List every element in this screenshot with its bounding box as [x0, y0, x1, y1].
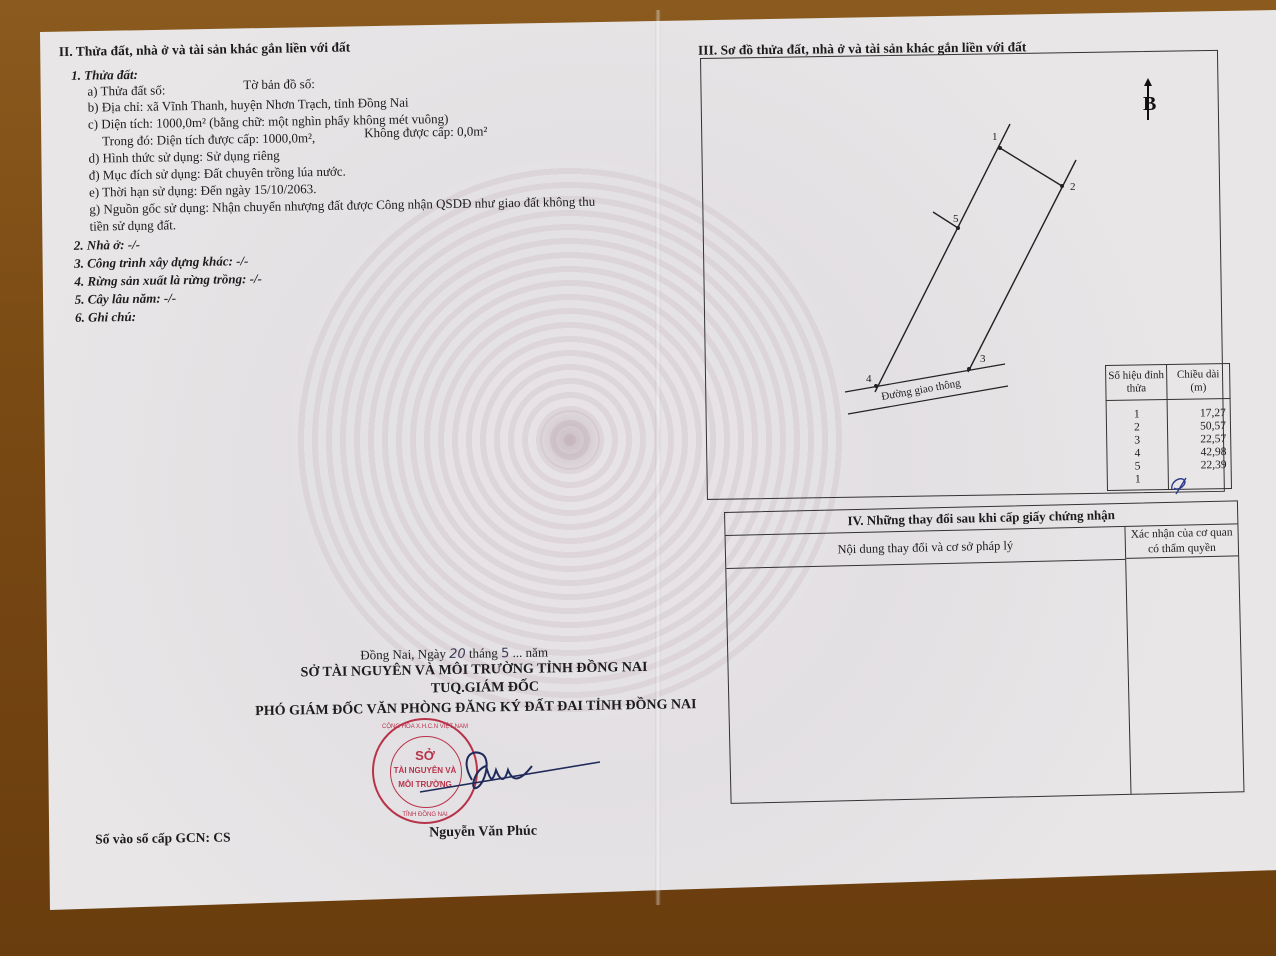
date-month: 5: [501, 646, 510, 661]
north-arrow-icon: B: [1136, 78, 1166, 122]
month-label: tháng: [469, 645, 498, 660]
svg-text:2: 2: [1070, 181, 1076, 193]
map-sheet-number: Tờ bản đồ số:: [243, 75, 315, 93]
parcel-diagram: 1 2 3 4 5 Đường giao thông: [840, 110, 1100, 420]
signature: [400, 740, 610, 810]
signer-position: PHÓ GIÁM ĐỐC VĂN PHÒNG ĐĂNG KÝ ĐẤT ĐAI T…: [255, 697, 697, 720]
header-length: Chiều dài (m): [1167, 364, 1231, 400]
authority-line: TUQ.GIÁM ĐỐC: [431, 680, 539, 698]
registry-number: Số vào sổ cấp GCN: CS: [95, 828, 231, 847]
stamp-ring-top: CỘNG HÒA X.H.C.N VIỆT NAM: [374, 724, 476, 730]
changes-confirm-column: [1124, 524, 1243, 793]
table-row: 522,39: [1107, 459, 1231, 474]
changes-table: IV. Những thay đổi sau khi cấp giấy chứn…: [724, 500, 1244, 804]
year-label: ... năm: [512, 644, 548, 660]
item-notes: 6. Ghi chú:: [75, 308, 136, 326]
svg-text:B: B: [1143, 93, 1156, 115]
area-granted: Trong đó: Diện tích được cấp: 1000,0m²,: [102, 129, 315, 149]
svg-text:3: 3: [980, 353, 986, 365]
svg-text:1: 1: [992, 131, 998, 143]
item-planted-forest: 4. Rừng sản xuất là rừng trồng: -/-: [74, 270, 262, 290]
signer-name: Nguyễn Văn Phúc: [429, 824, 537, 842]
left-page: II. Thửa đất, nhà ở và tài sản khác gắn …: [0, 0, 675, 956]
initial-mark: [1168, 474, 1190, 496]
item-perennial-trees: 5. Cây lâu năm: -/-: [75, 289, 177, 308]
stamp-ring-bottom: TỈNH ĐỒNG NAI: [374, 812, 476, 818]
issuing-org: SỞ TÀI NGUYÊN VÀ MÔI TRƯỜNG TỈNH ĐỒNG NA…: [300, 660, 647, 681]
edge-length-table: Số hiệu đỉnh thửa Chiều dài (m) 117,27 2…: [1105, 363, 1232, 491]
area-not-granted: Không được cấp: 0,0m²: [364, 122, 488, 141]
item-house: 2. Nhà ở: -/-: [74, 236, 140, 254]
svg-text:5: 5: [953, 213, 959, 225]
item-other-construction: 3. Công trình xây dựng khác: -/-: [74, 252, 249, 272]
date-day: 20: [449, 647, 466, 662]
usage-origin-cont: tiền sử dụng đất.: [89, 216, 176, 234]
table-row: 117,27: [1106, 399, 1230, 422]
svg-text:4: 4: [866, 373, 872, 385]
place-date-label: Đồng Nai, Ngày: [360, 646, 446, 662]
section-ii-title: II. Thửa đất, nhà ở và tài sản khác gắn …: [59, 39, 351, 61]
road-label: Đường giao thông: [880, 377, 962, 403]
header-vertex: Số hiệu đỉnh thửa: [1106, 365, 1168, 401]
